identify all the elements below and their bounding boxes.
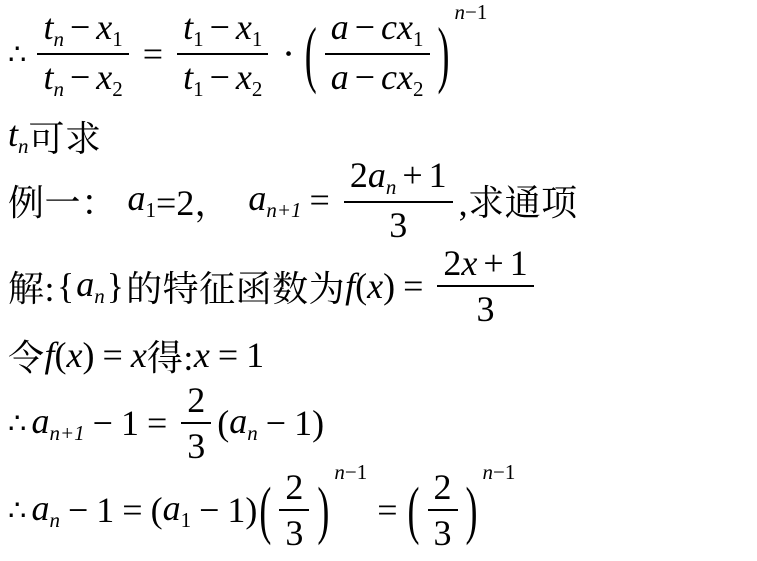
math-num: 1 <box>121 402 139 444</box>
equals-operator: = <box>103 334 123 376</box>
therefore-symbol: ∴ <box>8 406 26 441</box>
left-paren: ( <box>408 473 420 548</box>
math-var: a <box>248 178 266 218</box>
fraction-numerator: 2 <box>428 466 458 508</box>
math-var: a <box>368 155 386 195</box>
equals-operator: = <box>122 489 142 531</box>
exponent-rest: −1 <box>345 460 367 484</box>
equals-operator: = <box>403 265 423 307</box>
atom-an: an <box>229 400 258 446</box>
math-var: a <box>331 57 349 97</box>
atom-an1: an+1 <box>248 177 301 223</box>
fraction-denominator: 3 <box>279 509 309 554</box>
minus-operator: − <box>210 7 230 47</box>
fraction-two-thirds: 2 3 <box>428 466 458 554</box>
equals-operator: = <box>310 179 330 221</box>
math-var: t <box>183 7 193 47</box>
math-sub: 2 <box>413 77 424 101</box>
fraction-numerator: 2 <box>279 466 309 508</box>
fraction-two-thirds: 2 3 <box>279 466 309 554</box>
right-paren: ) <box>245 489 257 531</box>
paren-power-group: ( 2 3 ) n−1 <box>406 466 516 554</box>
function-name: f <box>345 265 355 307</box>
right-paren: ) <box>83 334 95 376</box>
equals-operator: = <box>143 33 163 75</box>
exponent-var: n <box>483 460 494 484</box>
atom-a1: a1 <box>128 177 157 223</box>
math-num: 2 <box>350 155 368 195</box>
math-var: t <box>43 7 53 47</box>
left-paren: ( <box>355 265 367 307</box>
math-sub: n <box>18 134 29 158</box>
right-paren: ) <box>312 402 324 444</box>
math-var: a <box>331 7 349 47</box>
function-name: f <box>45 334 55 376</box>
left-paren: ( <box>305 11 317 97</box>
fraction-tn: tn−x1 tn−x2 <box>37 6 128 102</box>
fraction-numerator: t1−x1 <box>177 6 268 53</box>
atom-tn: tn <box>8 113 29 159</box>
fraction-numerator: 2 <box>181 379 211 421</box>
fraction-denominator: tn−x2 <box>37 53 128 103</box>
chinese-text: ,求通项 <box>459 175 578 226</box>
formula-line-3: 例一： a1 =2， an+1 = 2an+1 3 ,求通项 <box>8 161 578 239</box>
exponent-var: n <box>455 0 466 24</box>
paren-power-group: ( 2 3 ) n−1 <box>257 466 367 554</box>
solution-label: 解: <box>8 261 55 312</box>
fraction-2an1: 2an+1 3 <box>344 154 453 246</box>
fraction-numerator: a−cx1 <box>325 6 430 53</box>
exponent: n−1 <box>483 460 516 485</box>
math-sub: n+1 <box>49 421 84 445</box>
left-paren: ( <box>259 473 271 548</box>
math-sub: 1 <box>146 198 157 222</box>
example-label: 例一： <box>8 175 118 226</box>
formula-line-6: ∴ an+1 − 1 = 2 3 ( an − 1 ) <box>8 386 324 460</box>
fraction-2x1: 2x+1 3 <box>437 242 533 330</box>
math-var: t <box>43 57 53 97</box>
math-var: a <box>31 401 49 441</box>
exponent: n−1 <box>334 460 367 485</box>
math-sub: n <box>49 508 60 532</box>
math-var: x <box>461 243 477 283</box>
math-var: t <box>183 57 193 97</box>
math-var: t <box>8 114 18 154</box>
left-paren: ( <box>217 402 229 444</box>
minus-operator: − <box>70 7 90 47</box>
math-var: x <box>131 334 147 376</box>
math-num: 1 <box>96 489 114 531</box>
equals-operator: = <box>377 489 397 531</box>
right-paren: ) <box>317 473 329 548</box>
formula-line-1: ∴ tn−x1 tn−x2 = t1−x1 t1−x2 ⋅ ( a−cx1 a−… <box>8 4 487 104</box>
math-num: 1 <box>429 155 447 195</box>
fraction-denominator: 3 <box>181 422 211 467</box>
right-brace: } <box>107 265 124 307</box>
fraction-t1: t1−x1 t1−x2 <box>177 6 268 102</box>
math-sub: 1 <box>193 77 204 101</box>
center-dot-operator: ⋅ <box>282 33 294 75</box>
right-paren: ) <box>466 473 478 548</box>
math-var: x <box>367 265 383 307</box>
formula-line-2: tn 可求 <box>8 112 102 160</box>
formula-line-4: 解: { an } 的特征函数为 f ( x ) = 2x+1 3 <box>8 247 540 325</box>
math-var: x <box>67 334 83 376</box>
math-sub: 2 <box>112 77 123 101</box>
exponent-rest: −1 <box>465 0 487 24</box>
math-num: 1 <box>510 243 528 283</box>
math-sub: 1 <box>413 27 424 51</box>
right-paren: ) <box>438 11 450 97</box>
math-num: 2 <box>443 243 461 283</box>
minus-operator: − <box>93 402 113 444</box>
fraction-denominator: 3 <box>437 285 533 330</box>
exponent-var: n <box>334 460 345 484</box>
math-sub: 2 <box>252 77 263 101</box>
math-var: a <box>76 264 94 304</box>
fraction-denominator: t1−x2 <box>177 53 268 103</box>
minus-operator: − <box>355 57 375 97</box>
chinese-text: 的特征函数为 <box>126 261 345 312</box>
chinese-text: 可求 <box>29 111 102 162</box>
fraction-acx: a−cx1 a−cx2 <box>325 6 430 102</box>
math-var: x <box>236 57 252 97</box>
math-sub: n <box>53 77 64 101</box>
left-brace: { <box>57 265 74 307</box>
math-sub: n <box>247 421 258 445</box>
atom-a1: a1 <box>163 487 192 533</box>
fraction-denominator: 3 <box>428 509 458 554</box>
fraction-numerator: tn−x1 <box>37 6 128 53</box>
equals-operator: = <box>147 402 167 444</box>
math-var: cx <box>381 57 413 97</box>
plus-operator: + <box>483 243 503 283</box>
math-var: a <box>229 401 247 441</box>
chinese-text: 得: <box>147 330 194 381</box>
fraction-numerator: 2x+1 <box>437 242 533 284</box>
atom-an: an <box>76 263 105 309</box>
minus-operator: − <box>70 57 90 97</box>
math-sub: n <box>94 284 105 308</box>
fraction-two-thirds: 2 3 <box>181 379 211 467</box>
plus-operator: + <box>402 155 422 195</box>
math-num: 1 <box>294 402 312 444</box>
therefore-symbol: ∴ <box>8 493 26 528</box>
math-sub: n <box>386 175 397 199</box>
minus-operator: − <box>266 402 286 444</box>
math-sub: 1 <box>252 27 263 51</box>
fraction-numerator: 2an+1 <box>344 154 453 201</box>
equals-value: =2， <box>156 175 230 226</box>
paren-power-group: ( a−cx1 a−cx2 ) n−1 <box>303 6 488 102</box>
exponent-rest: −1 <box>493 460 515 484</box>
formula-line-5: 令 f ( x ) = x 得: x = 1 <box>8 332 264 378</box>
minus-operator: − <box>355 7 375 47</box>
math-sub: 1 <box>193 27 204 51</box>
minus-operator: − <box>68 489 88 531</box>
math-num: 1 <box>227 489 245 531</box>
fraction-denominator: a−cx2 <box>325 53 430 103</box>
math-sub: n <box>53 27 64 51</box>
math-var: cx <box>381 7 413 47</box>
minus-operator: − <box>199 489 219 531</box>
math-var: a <box>163 488 181 528</box>
math-sub: 1 <box>112 27 123 51</box>
chinese-text: 令 <box>8 330 45 381</box>
minus-operator: − <box>210 57 230 97</box>
exponent: n−1 <box>455 0 488 25</box>
atom-an1: an+1 <box>31 400 84 446</box>
math-var: a <box>31 488 49 528</box>
math-var: x <box>96 7 112 47</box>
math-sub: n+1 <box>266 198 301 222</box>
therefore-symbol: ∴ <box>8 37 26 72</box>
atom-an: an <box>31 487 60 533</box>
math-sub: 1 <box>181 508 192 532</box>
equals-operator: = <box>218 334 238 376</box>
math-num: 1 <box>246 334 264 376</box>
fraction-denominator: 3 <box>344 201 453 246</box>
math-var: x <box>194 334 210 376</box>
left-paren: ( <box>55 334 67 376</box>
formula-line-7: ∴ an − 1 = ( a1 − 1 ) ( 2 3 ) n−1 = ( 2 … <box>8 462 515 558</box>
left-paren: ( <box>151 489 163 531</box>
math-var: x <box>236 7 252 47</box>
math-notes-page: { "page": { "background": "#ffffff", "te… <box>0 0 757 561</box>
right-paren: ) <box>383 265 395 307</box>
math-var: a <box>128 178 146 218</box>
math-var: x <box>96 57 112 97</box>
